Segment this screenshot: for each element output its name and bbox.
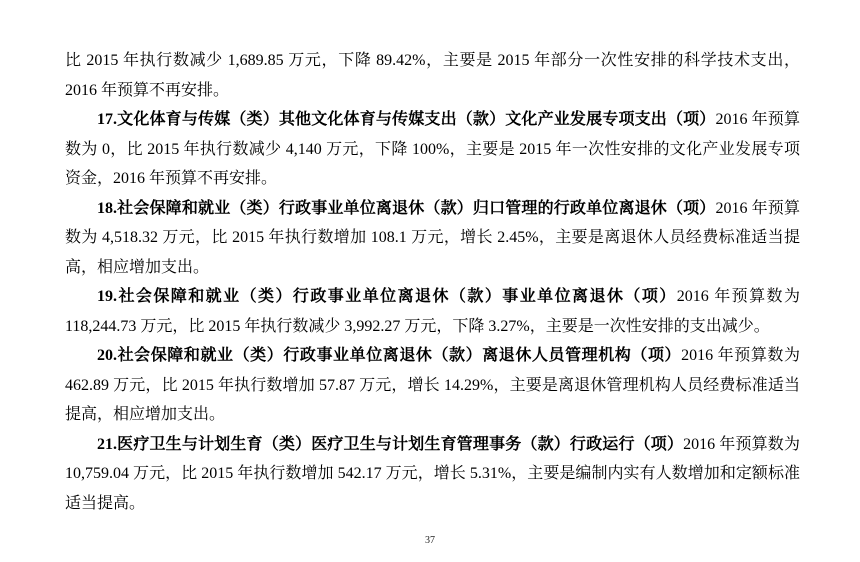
paragraph-heading: 19.社会保障和就业（类）行政事业单位离退休（款）事业单位离退休（项） — [97, 288, 677, 305]
paragraph: 21.医疗卫生与计划生育（类）医疗卫生与计划生育管理事务（款）行政运行（项）20… — [65, 430, 800, 519]
paragraph-heading: 18.社会保障和就业（类）行政事业单位离退休（款）归口管理的行政单位离退休（项） — [97, 200, 715, 217]
paragraph-heading: 20.社会保障和就业（类）行政事业单位离退休（款）离退休人员管理机构（项） — [97, 347, 681, 364]
paragraph-text: 比 2015 年执行数减少 1,689.85 万元，下降 89.42%，主要是 … — [65, 52, 800, 99]
paragraph-heading: 21.医疗卫生与计划生育（类）医疗卫生与计划生育管理事务（款）行政运行（项） — [97, 436, 683, 453]
document-body: 比 2015 年执行数减少 1,689.85 万元，下降 89.42%，主要是 … — [65, 46, 800, 518]
paragraph: 17.文化体育与传媒（类）其他文化体育与传媒支出（款）文化产业发展专项支出（项）… — [65, 105, 800, 194]
paragraph: 19.社会保障和就业（类）行政事业单位离退休（款）事业单位离退休（项）2016 … — [65, 282, 800, 341]
document-page: 比 2015 年执行数减少 1,689.85 万元，下降 89.42%，主要是 … — [0, 0, 860, 562]
paragraph: 20.社会保障和就业（类）行政事业单位离退休（款）离退休人员管理机构（项）201… — [65, 341, 800, 430]
paragraph: 18.社会保障和就业（类）行政事业单位离退休（款）归口管理的行政单位离退休（项）… — [65, 194, 800, 283]
paragraph: 比 2015 年执行数减少 1,689.85 万元，下降 89.42%，主要是 … — [65, 46, 800, 105]
paragraph-heading: 17.文化体育与传媒（类）其他文化体育与传媒支出（款）文化产业发展专项支出（项） — [97, 111, 715, 128]
page-number: 37 — [0, 535, 860, 546]
